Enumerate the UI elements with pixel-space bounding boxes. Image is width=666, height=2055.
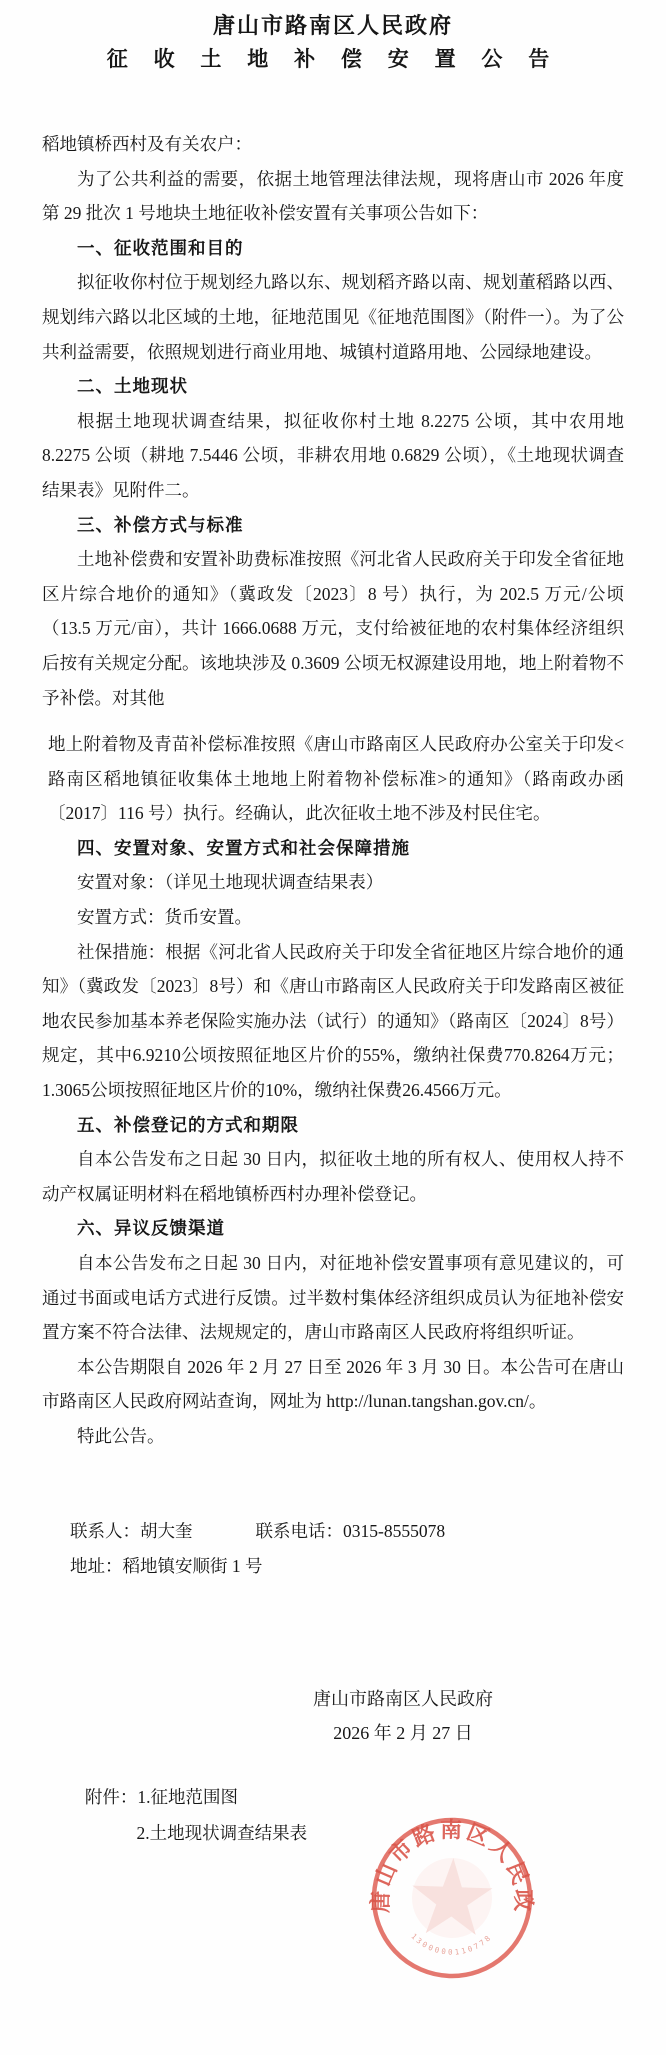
- contact-person-value: 胡大奎: [140, 1521, 193, 1541]
- section-heading-1: 一、征收范围和目的: [42, 231, 624, 266]
- attachment-item-1: 1.征地范围图: [137, 1787, 238, 1807]
- notice-page: 唐山市路南区人民政府 征 收 土 地 补 偿 安 置 公 告 稻地镇桥西村及有关…: [0, 0, 666, 2055]
- resettlement-method-line: 安置方式：货币安置。: [42, 900, 624, 935]
- section-5-paragraph: 自本公告发布之日起 30 日内，拟征收土地的所有权人、使用权人持不动产权属证明材…: [42, 1142, 624, 1211]
- contact-person-label: 联系人：: [70, 1521, 140, 1541]
- section-3-paragraph-1: 土地补偿费和安置补助费标准按照《河北省人民政府关于印发全省征地区片综合地价的通知…: [42, 542, 624, 715]
- svg-text:1300000110778: 1300000110778: [409, 1930, 494, 1959]
- section-heading-5: 五、补偿登记的方式和期限: [42, 1108, 624, 1143]
- doc-subtitle: 征 收 土 地 补 偿 安 置 公 告: [42, 43, 624, 77]
- section-heading-6: 六、异议反馈渠道: [42, 1211, 624, 1246]
- page-title: 唐山市路南区人民政府: [42, 9, 624, 43]
- attachment-item-2: 2.土地现状调查结果表: [137, 1815, 625, 1851]
- section-2-paragraph: 根据土地现状调查结果，拟征收你村土地 8.2275 公顷，其中农用地 8.227…: [42, 404, 624, 508]
- notice-content: 唐山市路南区人民政府 征 收 土 地 补 偿 安 置 公 告 稻地镇桥西村及有关…: [0, 0, 666, 1851]
- contact-phone-value: 0315-8555078: [343, 1521, 445, 1541]
- salutation: 稻地镇桥西村及有关农户：: [42, 127, 624, 162]
- notice-period-paragraph: 本公告期限自 2026 年 2 月 27 日至 2026 年 3 月 30 日。…: [42, 1350, 624, 1419]
- signature-issuer: 唐山市路南区人民政府: [278, 1682, 528, 1717]
- national-emblem-icon: [411, 1857, 494, 1940]
- address-label: 地址：: [70, 1556, 123, 1576]
- section-1-paragraph: 拟征收你村位于规划经九路以东、规划稻齐路以南、规划董稻路以西、规划纬六路以北区域…: [42, 265, 624, 369]
- seal-code: 1300000110778: [409, 1930, 494, 1959]
- section-3-paragraph-2: 地上附着物及青苗补偿标准按照《唐山市路南区人民政府办公室关于印发<路南区稻地镇征…: [42, 727, 624, 831]
- contact-line-2: 地址：稻地镇安顺街 1 号: [70, 1549, 624, 1584]
- attachments-label: 附件：: [85, 1787, 138, 1807]
- contact-line-1: 联系人：胡大奎联系电话：0315-8555078: [70, 1514, 624, 1549]
- closing-line: 特此公告。: [42, 1419, 624, 1454]
- section-heading-2: 二、土地现状: [42, 369, 624, 404]
- contact-phone-label: 联系电话：: [256, 1521, 344, 1541]
- intro-paragraph: 为了公共利益的需要，依据土地管理法律法规，现将唐山市 2026 年度第 29 批…: [42, 162, 624, 231]
- attachments-block: 附件：1.征地范围图 2.土地现状调查结果表: [42, 1779, 624, 1851]
- feedback-paragraph: 自本公告发布之日起 30 日内，对征地补偿安置事项有意见建议的，可通过书面或电话…: [42, 1246, 624, 1350]
- signature-block: 唐山市路南区人民政府 2026 年 2 月 27 日: [278, 1682, 528, 1751]
- section-heading-3: 三、补偿方式与标准: [42, 508, 624, 543]
- resettlement-target-line: 安置对象：（详见土地现状调查结果表）: [42, 865, 624, 900]
- social-security-paragraph: 社保措施：根据《河北省人民政府关于印发全省征地区片综合地价的通知》（冀政发〔20…: [42, 935, 624, 1108]
- contact-block: 联系人：胡大奎联系电话：0315-8555078 地址：稻地镇安顺街 1 号: [42, 1514, 624, 1584]
- address-value: 稻地镇安顺街 1 号: [123, 1556, 263, 1576]
- section-heading-4: 四、安置对象、安置方式和社会保障措施: [42, 831, 624, 866]
- signature-date: 2026 年 2 月 27 日: [278, 1716, 528, 1751]
